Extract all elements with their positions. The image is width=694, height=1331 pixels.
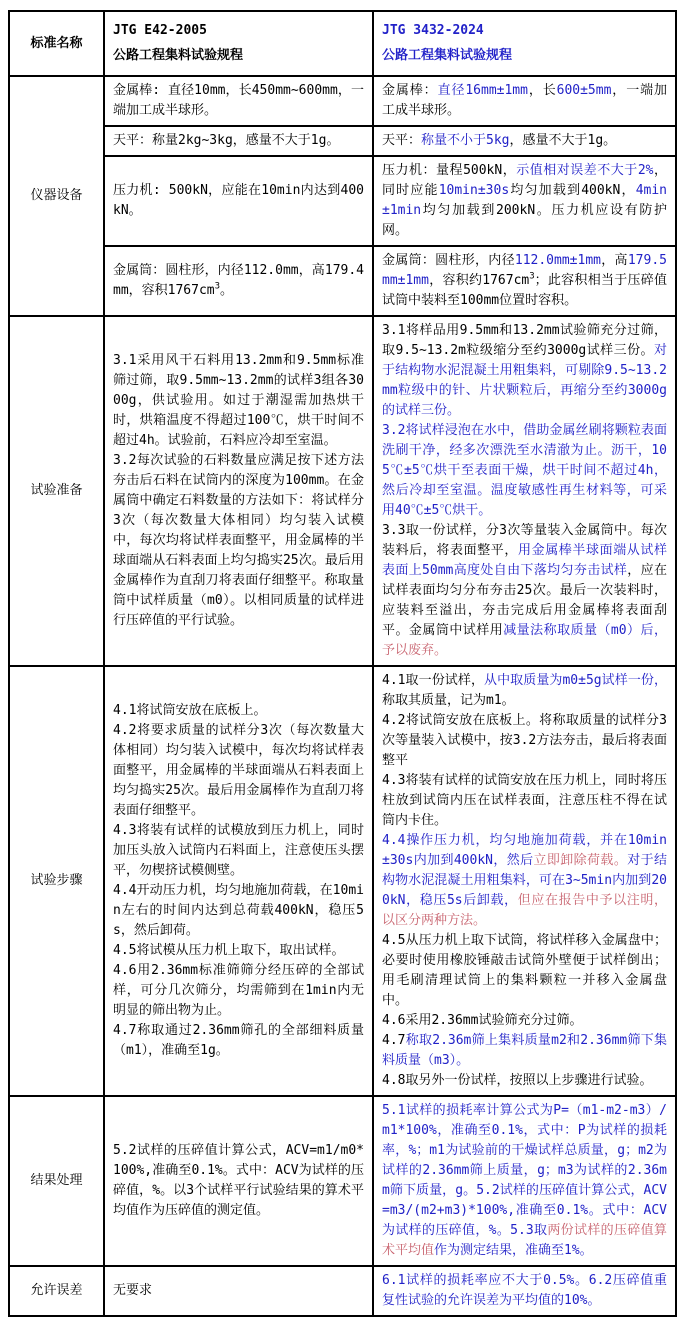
cell-old-cylinder: 金属筒：圆柱形，内径112.0mm，高179.4mm，容积1767cm3。 bbox=[104, 246, 373, 316]
header-old-standard-cell: JTG E42-2005 公路工程集料试验规程 bbox=[104, 11, 373, 76]
old-standard-name: 公路工程集料试验规程 bbox=[113, 46, 364, 66]
standards-comparison-table: 标准名称 JTG E42-2005 公路工程集料试验规程 JTG 3432-20… bbox=[8, 10, 677, 1317]
row-label-procedure: 试验步骤 bbox=[9, 666, 104, 1096]
cell-old-tolerance: 无要求 bbox=[104, 1266, 373, 1316]
document-page: 标准名称 JTG E42-2005 公路工程集料试验规程 JTG 3432-20… bbox=[0, 0, 694, 1331]
cell-old-results: 5.2试样的压碎值计算公式，ACV=m1/m0*100%,准确至0.1%。式中：… bbox=[104, 1096, 373, 1266]
cell-new-press: 压力机：量程500kN，示值相对误差不大于2%，同时应能10min±30s均匀加… bbox=[373, 156, 676, 246]
table-row-equipment-balance: 天平：称量2kg~3kg，感量不大于1g。 天平：称量不小于5kg，感量不大于1… bbox=[9, 126, 676, 156]
new-standard-name: 公路工程集料试验规程 bbox=[382, 46, 667, 66]
table-row-header: 标准名称 JTG E42-2005 公路工程集料试验规程 JTG 3432-20… bbox=[9, 11, 676, 76]
cell-new-metal-rod: 金属棒：直径16mm±1mm，长600±5mm，一端加工成半球形。 bbox=[373, 76, 676, 126]
old-standard-code: JTG E42-2005 bbox=[113, 21, 364, 41]
cell-new-preparation: 3.1将样品用9.5mm和13.2mm试验筛充分过筛，取9.5~13.2m粒级缩… bbox=[373, 316, 676, 666]
table-row-tolerance: 允许误差 无要求 6.1试样的损耗率应不大于0.5%。6.2压碎值重复性试验的允… bbox=[9, 1266, 676, 1316]
row-label-equipment: 仪器设备 bbox=[9, 76, 104, 316]
cell-old-press: 压力机: 500kN，应能在10min内达到400kN。 bbox=[104, 156, 373, 246]
cell-new-balance: 天平：称量不小于5kg，感量不大于1g。 bbox=[373, 126, 676, 156]
cell-new-tolerance: 6.1试样的损耗率应不大于0.5%。6.2压碎值重复性试验的允许误差为平均值的1… bbox=[373, 1266, 676, 1316]
cell-new-cylinder: 金属筒：圆柱形，内径112.0mm±1mm，高179.5mm±1mm，容积约17… bbox=[373, 246, 676, 316]
table-row-equipment-cylinder: 金属筒：圆柱形，内径112.0mm，高179.4mm，容积1767cm3。 金属… bbox=[9, 246, 676, 316]
table-row-preparation: 试验准备 3.1采用风干石料用13.2mm和9.5mm标准筛过筛，取9.5mm~… bbox=[9, 316, 676, 666]
row-label-tolerance: 允许误差 bbox=[9, 1266, 104, 1316]
table-row-equipment-press: 压力机: 500kN，应能在10min内达到400kN。 压力机：量程500kN… bbox=[9, 156, 676, 246]
cell-old-procedure: 4.1将试筒安放在底板上。4.2将要求质量的试样分3次（每次数量大体相同）均匀装… bbox=[104, 666, 373, 1096]
table-row-results: 结果处理 5.2试样的压碎值计算公式，ACV=m1/m0*100%,准确至0.1… bbox=[9, 1096, 676, 1266]
table-row-procedure: 试验步骤 4.1将试筒安放在底板上。4.2将要求质量的试样分3次（每次数量大体相… bbox=[9, 666, 676, 1096]
cell-old-metal-rod: 金属棒: 直径10mm，长450mm~600mm，一端加工成半球形。 bbox=[104, 76, 373, 126]
header-new-standard-cell: JTG 3432-2024 公路工程集料试验规程 bbox=[373, 11, 676, 76]
header-label-cell: 标准名称 bbox=[9, 11, 104, 76]
cell-new-results: 5.1试样的损耗率计算公式为P=（m1-m2-m3）/m1*100%，准确至0.… bbox=[373, 1096, 676, 1266]
row-label-preparation: 试验准备 bbox=[9, 316, 104, 666]
table-row-equipment-rod: 仪器设备 金属棒: 直径10mm，长450mm~600mm，一端加工成半球形。 … bbox=[9, 76, 676, 126]
cell-new-procedure: 4.1取一份试样，从中取质量为m0±5g试样一份，称取其质量，记为m1。4.2将… bbox=[373, 666, 676, 1096]
new-standard-code: JTG 3432-2024 bbox=[382, 21, 667, 41]
cell-old-balance: 天平：称量2kg~3kg，感量不大于1g。 bbox=[104, 126, 373, 156]
cell-old-preparation: 3.1采用风干石料用13.2mm和9.5mm标准筛过筛，取9.5mm~13.2m… bbox=[104, 316, 373, 666]
row-label-results: 结果处理 bbox=[9, 1096, 104, 1266]
